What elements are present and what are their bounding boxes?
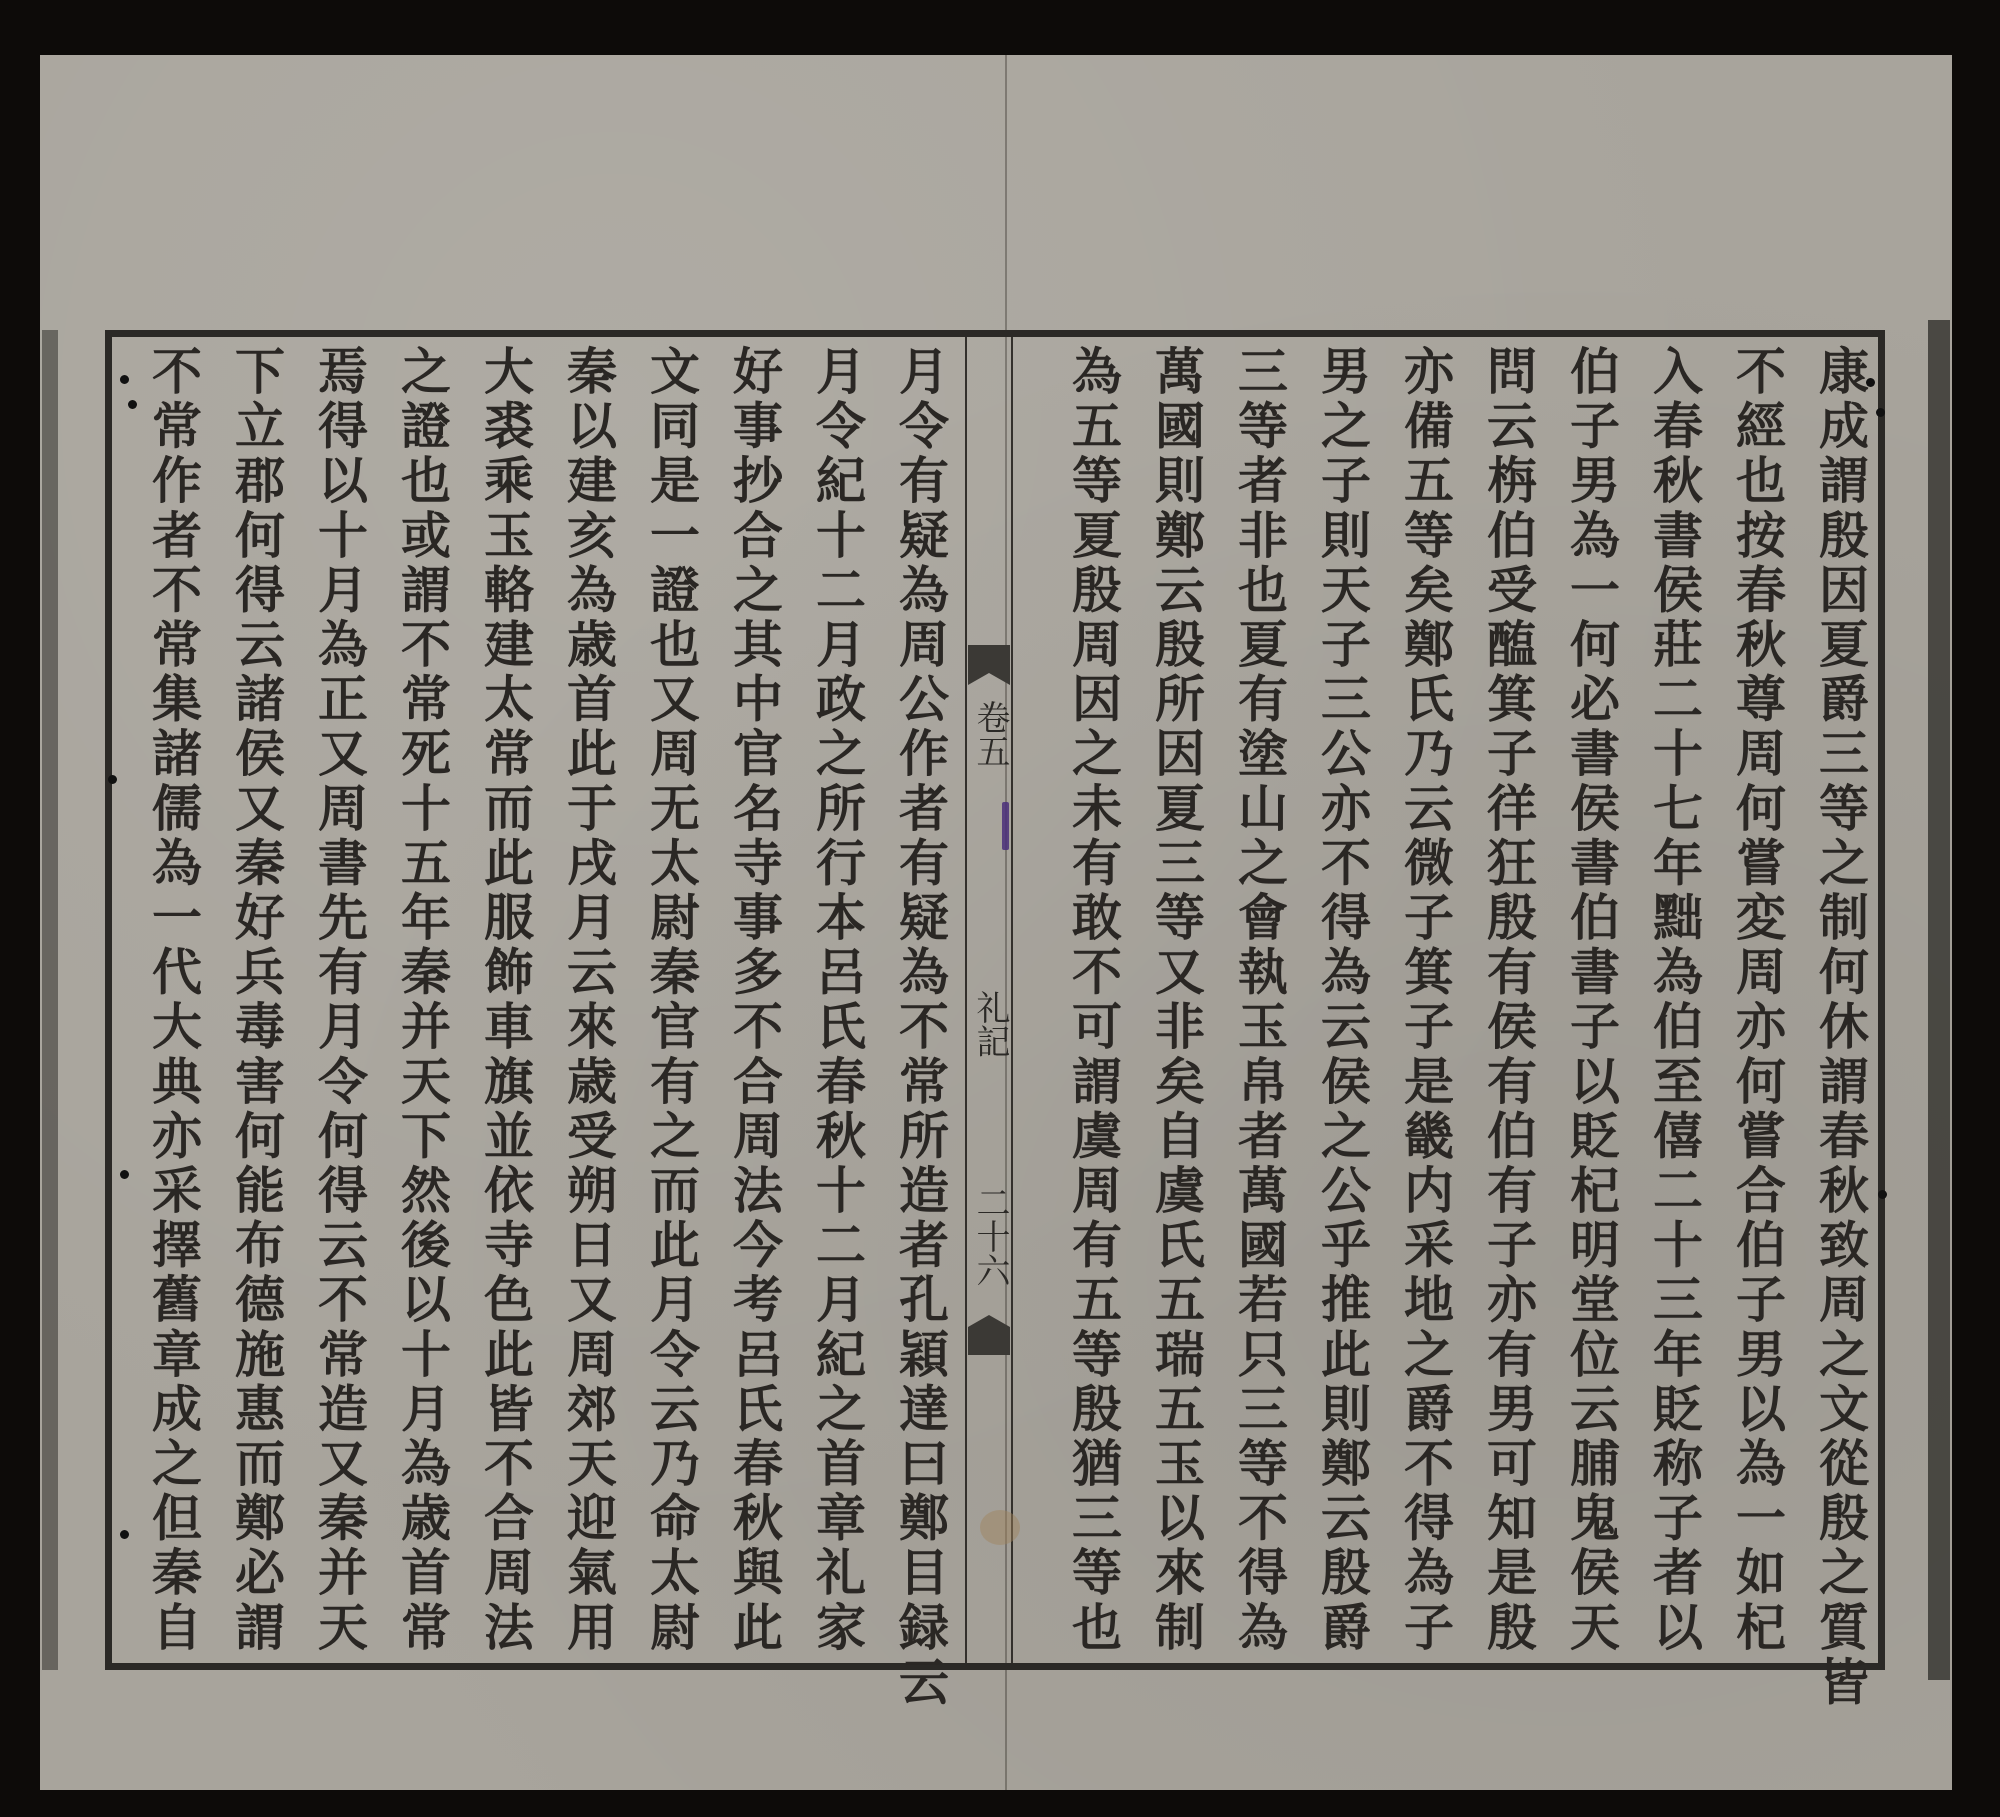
text-column: 大裘乘玉輅建太常而此服飾車旗並依寺色此皆不合周法	[464, 345, 547, 1660]
left-half-text: 月令有疑為周公作者有疑為不常所造者孔穎達曰鄭目録云 月令紀十二月政之所行本呂氏春…	[112, 345, 962, 1660]
binding-hole	[1876, 408, 1885, 417]
binding-hole	[1866, 378, 1875, 387]
text-column: 入春秋書侯莊二十七年黜為伯至僖二十三年貶称子者以	[1633, 345, 1716, 1660]
text-column: 月令紀十二月政之所行本呂氏春秋十二月紀之首章礼家	[796, 345, 879, 1660]
text-column: 焉得以十月為正又周書先有月令何得云不常造又秦并天	[298, 345, 381, 1660]
banxin-juan: 卷五	[970, 700, 1010, 768]
purple-ink-mark	[1002, 802, 1009, 850]
banxin-title: 礼記	[970, 990, 1010, 1058]
text-column: 男之子則天子三公亦不得為云侯之公乎推此則鄭云殷爵	[1301, 345, 1384, 1660]
text-column: 三等者非也夏有塗山之會執玉帛者萬國若只三等不得為	[1218, 345, 1301, 1660]
binding-hole	[120, 375, 129, 384]
text-column: 伯子男為一何必書侯書伯書子以貶杞明堂位云脯鬼侯天	[1550, 345, 1633, 1660]
left-edge-shadow	[42, 330, 58, 1670]
text-column: 之證也或謂不常死十五年秦并天下然後以十月為歳首常	[381, 345, 464, 1660]
text-column: 秦以建亥為歳首此于戌月云來歳受朔日又周郊天迎氣用	[547, 345, 630, 1660]
right-edge-border	[1928, 320, 1950, 1680]
text-column: 萬國則鄭云殷所因夏三等又非矣自虞氏五瑞五玉以來制	[1135, 345, 1218, 1660]
text-column: 為五等夏殷周因之未有敢不可謂虞周有五等殷猶三等也	[1052, 345, 1135, 1660]
binding-hole	[120, 1170, 129, 1179]
text-column: 不經也按春秋尊周何嘗変周亦何嘗合伯子男以為一如杞	[1716, 345, 1799, 1660]
text-column: 康成謂殷因夏爵三等之制何休謂春秋致周之文從殷之質皆	[1799, 345, 1882, 1660]
text-column: 亦備五等矣鄭氏乃云微子箕子是畿内采地之爵不得為子	[1384, 345, 1467, 1660]
binding-hole	[128, 400, 137, 409]
text-column: 月令有疑為周公作者有疑為不常所造者孔穎達曰鄭目録云	[879, 345, 962, 1660]
text-column: 文同是一證也又周无太尉秦官有之而此月令云乃命太尉	[630, 345, 713, 1660]
binding-hole	[108, 775, 117, 784]
text-column: 不常作者不常集諸儒為一代大典亦采擇舊章成之但秦自	[132, 345, 215, 1660]
text-column: 問云栴伯受醢箕子徉狂殷有侯有伯有子亦有男可知是殷	[1467, 345, 1550, 1660]
banxin-folio: 二十六	[970, 1185, 1010, 1287]
text-column: 好事抄合之其中官名寺事多不合周法今考呂氏春秋與此	[713, 345, 796, 1660]
binding-hole	[1878, 1190, 1887, 1199]
binding-hole	[120, 1530, 129, 1539]
text-column: 下立郡何得云諸侯又秦好兵毒害何能布德施惠而鄭必謂	[215, 345, 298, 1660]
right-half-text: 康成謂殷因夏爵三等之制何休謂春秋致周之文從殷之質皆 不經也按春秋尊周何嘗変周亦何…	[1012, 345, 1882, 1660]
